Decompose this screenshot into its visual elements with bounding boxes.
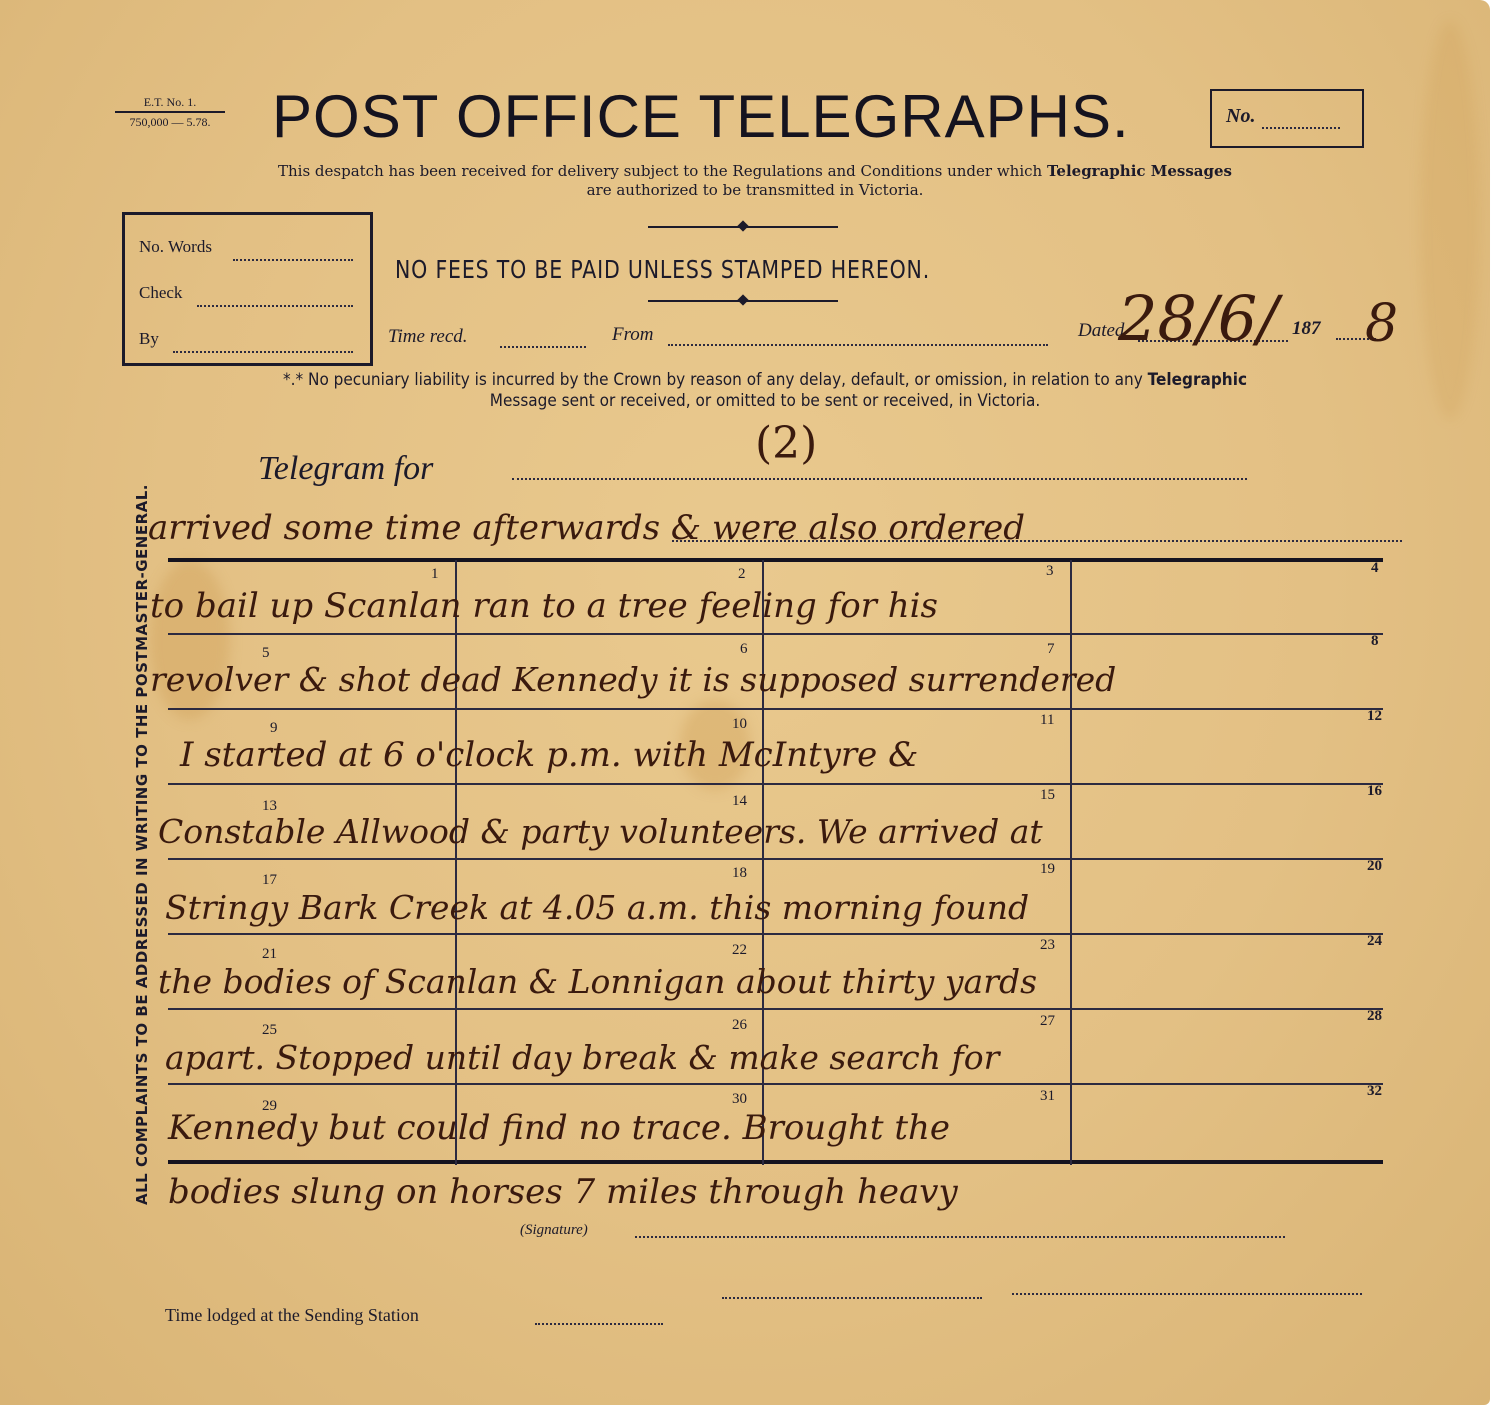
ornament-divider — [648, 226, 838, 228]
no-words-label: No. Words — [139, 237, 212, 257]
word-number: 20 — [1367, 858, 1382, 875]
check-label: Check — [139, 283, 182, 303]
word-number: 3 — [1046, 563, 1054, 580]
liability-notice: *.* No pecuniary liability is incurred b… — [212, 370, 1319, 412]
message-line: revolver & shot dead Kennedy it is suppo… — [150, 660, 1116, 699]
word-number: 22 — [732, 942, 747, 959]
word-number: 23 — [1040, 937, 1055, 954]
number-field[interactable] — [1262, 127, 1340, 129]
grid-row-rule — [168, 708, 1383, 710]
word-number: 6 — [740, 641, 748, 658]
word-number: 8 — [1371, 633, 1379, 650]
telegram-for-field[interactable] — [512, 478, 1247, 480]
liability-text: *.* No pecuniary liability is incurred b… — [283, 370, 1148, 390]
message-line: apart. Stopped until day break & make se… — [165, 1038, 999, 1077]
footer-line-left[interactable] — [722, 1297, 982, 1299]
from-label: From — [612, 324, 654, 346]
grid-column-rule — [1070, 560, 1072, 1165]
form-print-run: 750,000 — 5.78. — [115, 115, 225, 129]
word-number: 18 — [732, 865, 747, 882]
word-number: 17 — [262, 872, 277, 889]
word-number: 2 — [738, 566, 746, 583]
page-marker: (2) — [755, 418, 817, 469]
number-label: No. — [1226, 105, 1255, 128]
word-count-box: No. Words Check By — [122, 212, 373, 366]
grid-bottom-rule — [168, 1160, 1383, 1164]
liability-text-line2: Message sent or received, or omitted to … — [490, 391, 1041, 411]
message-line: arrived some time afterwards & were also… — [148, 508, 1025, 548]
word-number: 1 — [431, 566, 439, 583]
handwritten-date: 28/6/ — [1118, 282, 1278, 355]
signature-field[interactable] — [635, 1236, 1285, 1238]
word-number: 28 — [1367, 1008, 1382, 1025]
number-box: No. — [1210, 89, 1364, 148]
word-number: 27 — [1040, 1013, 1055, 1030]
grid-row-rule — [168, 783, 1383, 785]
word-number: 31 — [1040, 1088, 1055, 1105]
message-line: Stringy Bark Creek at 4.05 a.m. this mor… — [165, 888, 1029, 927]
message-line: the bodies of Scanlan & Lonnigan about t… — [158, 962, 1037, 1001]
time-lodged-label: Time lodged at the Sending Station — [165, 1305, 419, 1326]
word-number: 7 — [1047, 641, 1055, 658]
from-field[interactable] — [668, 344, 1048, 346]
signature-label: (Signature) — [520, 1222, 588, 1239]
despatch-bold-text: Telegraphic Messages — [1047, 162, 1232, 180]
message-line: Kennedy but could find no trace. Brought… — [168, 1108, 950, 1148]
time-received-label: Time recd. — [388, 326, 468, 348]
word-number: 30 — [732, 1091, 747, 1108]
telegram-for-label: Telegram for — [258, 450, 433, 488]
word-number: 19 — [1040, 861, 1055, 878]
word-number: 12 — [1367, 708, 1382, 725]
complaints-notice: ALL COMPLAINTS TO BE ADDRESSED IN WRITIN… — [133, 484, 151, 1205]
message-line: Constable Allwood & party volunteers. We… — [158, 812, 1043, 851]
word-number: 26 — [732, 1017, 747, 1034]
grid-row-rule — [168, 858, 1383, 860]
by-label: By — [139, 329, 159, 349]
word-number: 24 — [1367, 933, 1382, 950]
despatch-notice: This despatch has been received for deli… — [100, 162, 1410, 200]
grid-top-rule — [168, 558, 1383, 562]
fees-notice: NO FEES TO BE PAID UNLESS STAMPED HEREON… — [395, 255, 930, 284]
word-number: 14 — [732, 793, 747, 810]
word-number: 15 — [1040, 787, 1055, 804]
message-line: bodies slung on horses 7 miles through h… — [168, 1172, 958, 1212]
word-number: 10 — [732, 716, 747, 733]
word-number: 25 — [262, 1022, 277, 1039]
despatch-text: This despatch has been received for deli… — [278, 162, 1047, 180]
form-code: E.T. No. 1. 750,000 — 5.78. — [115, 95, 225, 129]
time-lodged-field[interactable] — [535, 1323, 663, 1325]
no-words-field[interactable] — [233, 259, 353, 261]
word-number: 4 — [1371, 560, 1379, 577]
form-code-id: E.T. No. 1. — [115, 95, 225, 109]
telegram-form-paper: E.T. No. 1. 750,000 — 5.78. POST OFFICE … — [0, 0, 1490, 1405]
despatch-text-line2: are authorized to be transmitted in Vict… — [587, 181, 924, 199]
word-number: 16 — [1367, 783, 1382, 800]
ornament-divider — [648, 300, 838, 302]
grid-row-rule — [168, 933, 1383, 935]
grid-row-rule — [168, 1083, 1383, 1085]
message-line: to bail up Scanlan ran to a tree feeling… — [150, 586, 938, 626]
year-prefix: 187 — [1292, 318, 1321, 340]
word-number: 21 — [262, 946, 277, 963]
liability-bold-text: Telegraphic — [1148, 370, 1247, 390]
form-title: POST OFFICE TELEGRAPHS. — [272, 82, 1130, 151]
footer-line-right[interactable] — [1012, 1293, 1362, 1295]
grid-row-rule — [168, 1008, 1383, 1010]
grid-row-rule — [168, 633, 1383, 635]
by-field[interactable] — [173, 351, 353, 353]
word-number: 32 — [1367, 1083, 1382, 1100]
check-field[interactable] — [197, 305, 353, 307]
message-line: I started at 6 o'clock p.m. with McIntyr… — [180, 735, 918, 775]
paper-stain — [1420, 20, 1480, 420]
word-number: 11 — [1040, 712, 1054, 729]
handwritten-year-suffix: 8 — [1365, 294, 1398, 354]
time-received-field[interactable] — [500, 346, 586, 348]
